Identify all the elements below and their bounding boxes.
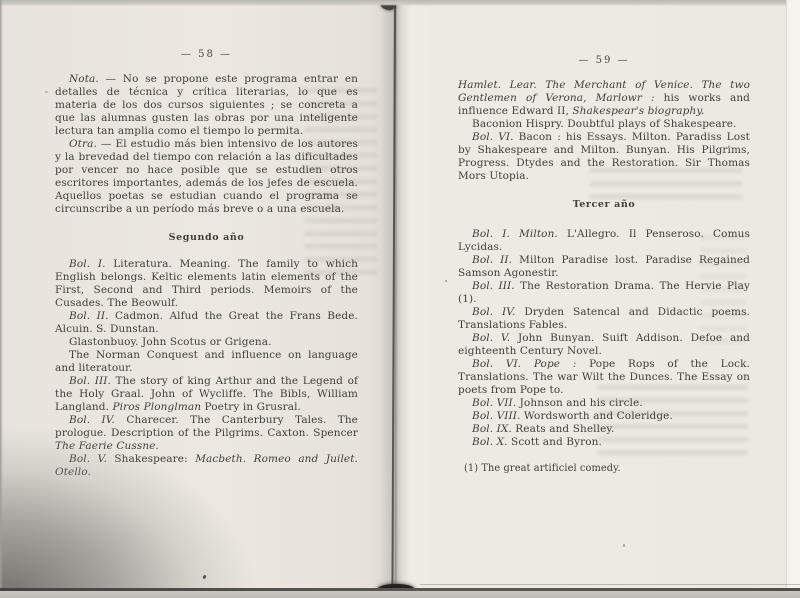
paragraph: Bol. VI. Bacon : his Essays. Milton. Par… [458, 131, 750, 183]
paragraph: Bol. IX. Reats and Shelley. [458, 423, 750, 436]
italic-text: Bol. I. [69, 258, 106, 270]
page-number: — 59 — [458, 54, 750, 67]
italic-text: Nota. [69, 73, 99, 85]
right-page-edge [786, 0, 800, 598]
section-heading: Segundo año [55, 231, 358, 244]
paragraph: The Norman Conquest and influence on lan… [55, 349, 358, 375]
paragraph: Bol. X. Scott and Byron. [458, 436, 750, 449]
paragraph: Bol. IV. Dryden Satencal and Didactic po… [458, 306, 750, 332]
paragraph: Bol. I. Literatura. Meaning. The family … [55, 258, 358, 310]
scan-speck [45, 91, 48, 93]
paragraph: Bol. I. Milton. L'Allegro. Il Penseroso.… [458, 228, 750, 254]
text-run: Johnson and his circle. [516, 397, 643, 409]
paragraph: Bol. VIII. Wordsworth and Coleridge. [458, 410, 750, 423]
paragraph: Bol. VII. Johnson and his circle. [458, 397, 750, 410]
left-edge-shadow [0, 0, 3, 598]
text-run: The Norman Conquest and influence on lan… [55, 349, 358, 374]
text-run: Baconion Hispry. Doubtful plays of Shake… [472, 118, 737, 130]
italic-text: Bol. VI. [472, 131, 514, 143]
italic-text: Bol. VII. [472, 397, 516, 409]
italic-text: Otra. [69, 138, 97, 150]
paragraph: Bol. V. John Bunyan. Suift Addison. Defo… [458, 332, 750, 358]
text-run: Scott and Byron. [508, 436, 602, 448]
scan-speck [445, 280, 447, 282]
italic-text: Bol. II. [69, 310, 109, 322]
paragraph: Nota. — No se propone este programa entr… [55, 73, 358, 138]
right-page-text-column: — 59 — Hamlet. Lear. The Merchant of Ven… [458, 54, 750, 475]
paragraph: Baconion Hispry. Doubtful plays of Shake… [458, 118, 750, 131]
italic-text: Bol. IV. [472, 306, 516, 318]
italic-text: Bol. IX. [472, 423, 512, 435]
paragraph: Bol. II. Milton Paradise lost. Paradise … [458, 254, 750, 280]
top-edge-strip [0, 0, 800, 6]
footnote: (1) The great artificiel comedy. [458, 462, 750, 475]
paragraph: Bol. II. Cadmon. Alfud the Great the Fra… [55, 310, 358, 336]
text-run: — No se propone este programa entrar en … [55, 73, 358, 137]
paragraph: Hamlet. Lear. The Merchant of Venice. Th… [458, 79, 750, 118]
scan-speck [623, 544, 625, 547]
text-run: — El estudio más bien intensivo de los a… [55, 138, 358, 215]
italic-text: Bol. I. Milton. [472, 228, 558, 240]
paragraph: Bol. III. The Restoration Drama. The Her… [458, 280, 750, 306]
italic-text: Bol. VIII. [472, 410, 520, 422]
bottom-edge-faint-line [420, 584, 800, 585]
bottom-scanner-strip [0, 591, 800, 598]
italic-text: Bol. III. [472, 280, 515, 292]
text-run: Wordsworth and Coleridge. [520, 410, 673, 422]
section-heading: Tercer año [458, 198, 750, 211]
italic-text: Bol. VI. Pope : [472, 358, 576, 370]
text-run: Glastonbuoy. John Scotus or Grigena. [69, 336, 272, 348]
paragraph: Otra. — El estudio más bien intensivo de… [55, 138, 358, 216]
book-scan: — 58 — Nota. — No se propone este progra… [0, 0, 800, 598]
paragraph: Glastonbuoy. John Scotus or Grigena. [55, 336, 358, 349]
paragraph: Bol. VI. Pope : Pope Rops of the Lock. T… [458, 358, 750, 397]
italic-text: Bol. V. [472, 332, 510, 344]
italic-text: Bol. II. [472, 254, 512, 266]
gutter-shadow [380, 0, 412, 598]
page-number: — 58 — [55, 48, 358, 61]
italic-text: Shakespear's biography. [572, 105, 704, 117]
text-run: Reats and Shelley. [512, 423, 615, 435]
italic-text: Bol. X. [472, 436, 508, 448]
corner-shadow [0, 378, 330, 598]
